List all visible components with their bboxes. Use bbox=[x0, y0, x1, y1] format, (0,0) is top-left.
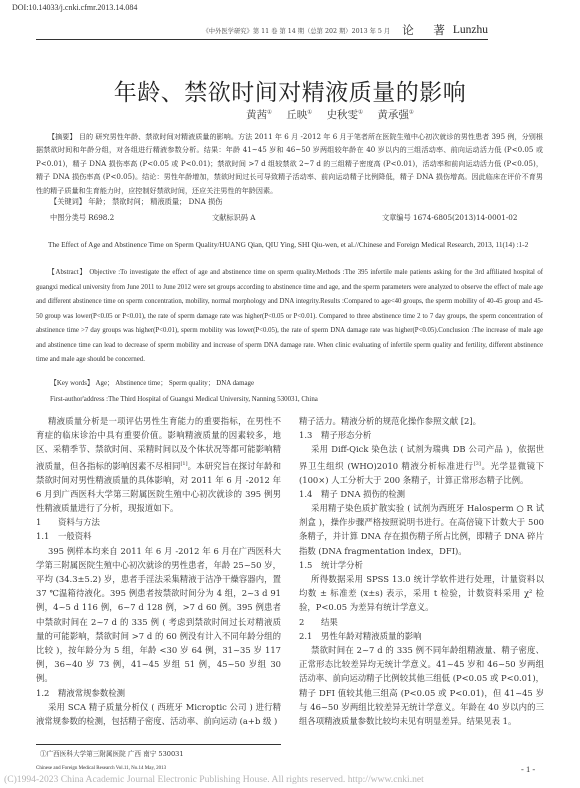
paragraph-morphology: 采用 Diff-Qick 染色法 ( 试剂为瑞典 DB 公司产品 )，依据世界卫… bbox=[299, 442, 544, 486]
paragraph-age-results: 禁欲时间在 2~7 d 的 335 例不同年龄组精液量、精子密度、正常形态比较差… bbox=[299, 643, 544, 728]
body-column-right: 精子活力。精液分析的规范化操作参照文献 [2]。 1.3精子形态分析 采用 Di… bbox=[299, 414, 544, 728]
author-list: 黄茜① 丘映① 史秋雯① 黄承强① bbox=[246, 107, 425, 122]
heading-1-1: 1.1一般资料 bbox=[36, 529, 281, 543]
section-label-en: Lunzhu bbox=[453, 25, 488, 37]
paragraph-general-data: 395 例样本均来自 2011 年 6 月 -2012 年 6 月在广西医科大学… bbox=[36, 544, 281, 686]
section-label: 论 著 bbox=[402, 25, 453, 37]
keywords-english: 【Key words】 Age； Abstinence time； Sperm … bbox=[50, 377, 254, 387]
author: 黄茜① bbox=[246, 109, 272, 121]
paragraph-routine-tests: 采用 SCA 精子质量分析仪 ( 西班牙 Microptic 公司 ) 进行精液… bbox=[36, 700, 281, 728]
document-code: 文献标识码 A bbox=[212, 213, 255, 223]
paragraph-intro: 精液质量分析是一项评估男性生育能力的重要指标，在男性不育症的临床诊治中具有重要价… bbox=[36, 414, 281, 515]
paragraph-dna-damage: 采用精子染色质扩散实验 ( 试剂为西班牙 Halosperm ○ R 试剂盒 )… bbox=[299, 501, 544, 558]
paper-title: 年龄、禁欲时间对精液质量的影响 bbox=[0, 74, 580, 107]
keywords-chinese: 【关键词】 年龄； 禁欲时间； 精液质量； DNA 损伤 bbox=[50, 197, 222, 207]
abstract-chinese: 【摘要】 目的 研究男性年龄、禁欲时间对精液质量的影响。方法 2011 年 6 … bbox=[36, 130, 543, 197]
clc-number: 中图分类号 R698.2 bbox=[50, 213, 114, 223]
journal-issue: 《中外医学研究》第 11 卷 第 14 期（总第 202 期）2013 年 5 … bbox=[202, 29, 390, 36]
body-column-left: 精液质量分析是一项评估男性生育能力的重要指标，在男性不育症的临床诊治中具有重要价… bbox=[36, 414, 281, 728]
heading-1-4: 1.4精子 DNA 损伤的检测 bbox=[299, 487, 544, 501]
paragraph-statistics: 所得数据采用 SPSS 13.0 统计学软件进行处理，计量资料以均数 ± 标准差… bbox=[299, 572, 544, 615]
author: 黄承强① bbox=[377, 109, 413, 121]
author-address-english: First-author'address :The Third Hospital… bbox=[50, 396, 318, 403]
footnote-divider bbox=[36, 744, 281, 745]
author: 史秋雯① bbox=[327, 109, 363, 121]
author: 丘映① bbox=[286, 109, 312, 121]
abstract-english: 【Abstract】 Objective :To investigate the… bbox=[36, 266, 543, 368]
heading-1-5: 1.5统计学分析 bbox=[299, 558, 544, 572]
doi: DOI:10.14033/j.cnki.cfmr.2013.14.084 bbox=[12, 3, 137, 12]
heading-1-3: 1.3精子形态分析 bbox=[299, 428, 544, 442]
paragraph-routine-tests-cont: 精子活力。精液分析的规范化操作参照文献 [2]。 bbox=[299, 414, 544, 428]
heading-2: 2结果 bbox=[299, 615, 544, 629]
copyright-notice: (C)1994-2023 China Academic Journal Elec… bbox=[4, 774, 424, 785]
heading-1-2: 1.2精液常规参数检测 bbox=[36, 686, 281, 700]
article-number: 文章编号 1674-6805(2013)14-0001-02 bbox=[382, 213, 517, 223]
heading-1: 1资料与方法 bbox=[36, 515, 281, 529]
heading-2-1: 2.1男性年龄对精液质量的影响 bbox=[299, 629, 544, 643]
page-number: - 1 - bbox=[521, 764, 535, 774]
footer-journal-info: Chinese and Foreign Medical Research Vol… bbox=[36, 766, 166, 771]
affiliation-footnote: ①广西医科大学第三附属医院 广西 南宁 530031 bbox=[40, 748, 184, 758]
running-head: 《中外医学研究》第 11 卷 第 14 期（总第 202 期）2013 年 5 … bbox=[36, 22, 488, 40]
citation-english: The Effect of Age and Abstinence Time on… bbox=[36, 237, 543, 252]
